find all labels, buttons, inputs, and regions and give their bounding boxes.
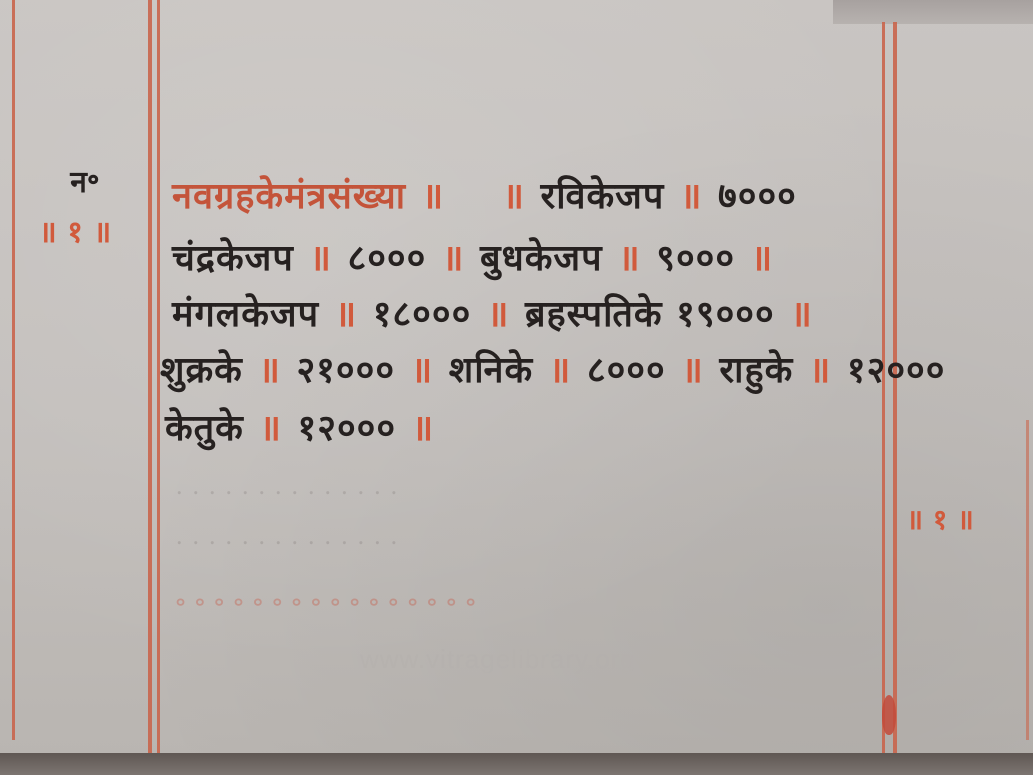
bleed-through-text: ॱ ॱ ॱ ॱ ॱ ॱ ॱ ॱ ॱ ॱ ॱ ॱ ॱ ॱ [175, 530, 398, 566]
paper-edge-top [833, 0, 1033, 24]
entry-count-shukra: २१००० [296, 349, 395, 391]
danda: ॥ [549, 349, 572, 391]
danda: ॥ [680, 175, 703, 217]
entry-label-mangal: मंगलकेजप [172, 293, 319, 335]
entry-label-brihaspati: ब्रहस्पतिके [525, 293, 663, 335]
ink-blot [882, 695, 896, 735]
entry-label-budh: बुधकेजप [480, 237, 603, 279]
entry-label-shani: शनिके [449, 349, 533, 391]
entry-count-brihaspati: १९००० [676, 293, 775, 335]
margin-rule-left-inner-1 [148, 0, 152, 758]
entry-label-ravi: रविकेजप [540, 175, 664, 217]
text-line-5: केतुके ॥ १२००० ॥ [165, 410, 436, 446]
folio-number-text: ॥ १ ॥ [39, 215, 111, 250]
danda: ॥ [335, 293, 358, 335]
library-watermark: www.vitragelibrary.org [360, 644, 636, 675]
danda: ॥ [790, 293, 813, 335]
danda: ॥ [422, 175, 445, 217]
footer-page-number: ॥ १ ॥ [906, 503, 974, 536]
text-line-2: चंद्रकेजप ॥ ८००० ॥ बुधकेजप ॥ ९००० ॥ [172, 240, 775, 276]
danda: ॥ [442, 237, 465, 279]
entry-label-shukra: शुक्रके [160, 349, 243, 391]
entry-count-mangal: १८००० [373, 293, 472, 335]
danda: ॥ [309, 237, 332, 279]
danda: ॥ [502, 175, 525, 217]
entry-label-ketu: केतुके [165, 407, 244, 449]
text-line-3: मंगलकेजप ॥ १८००० ॥ ब्रहस्पतिके १९००० ॥ [172, 296, 815, 332]
danda: ॥ [681, 349, 704, 391]
manuscript-page: न॰ ॥ १ ॥ नवग्रहकेमंत्रसंख्या ॥ ॥ रविकेजप… [0, 0, 1033, 758]
folio-label: न॰ [40, 160, 130, 201]
folio-number: ॥ १ ॥ [20, 210, 130, 251]
danda: ॥ [487, 293, 510, 335]
heading-rubric: नवग्रहकेमंत्रसंख्या [172, 175, 406, 217]
footer-page-marker: ॥ १ ॥ [900, 500, 980, 538]
margin-rule-left-outer [12, 0, 15, 740]
text-line-1: नवग्रहकेमंत्रसंख्या ॥ ॥ रविकेजप ॥ ७००० [172, 178, 797, 214]
danda: ॥ [259, 407, 282, 449]
danda: ॥ [412, 407, 435, 449]
entry-label-chandra: चंद्रकेजप [172, 237, 294, 279]
text-line-4: शुक्रके ॥ २१००० ॥ शनिके ॥ ८००० ॥ राहुके … [160, 352, 946, 388]
entry-count-shani: ८००० [587, 349, 666, 391]
danda: ॥ [809, 349, 832, 391]
bleed-through-rubric: ॰ ॰ ॰ ॰ ॰ ॰ ॰ ॰ ॰ ॰ ॰ ॰ ॰ ॰ ॰ ॰ [175, 585, 476, 621]
danda: ॥ [258, 349, 281, 391]
bleed-through-text: ॱ ॱ ॱ ॱ ॱ ॱ ॱ ॱ ॱ ॱ ॱ ॱ ॱ ॱ [175, 480, 398, 516]
danda: ॥ [411, 349, 434, 391]
entry-label-rahu: राहुके [719, 349, 793, 391]
margin-rule-right-edge [1026, 420, 1029, 740]
paper-edge-bottom [0, 753, 1033, 775]
danda: ॥ [751, 237, 774, 279]
entry-count-chandra: ८००० [347, 237, 426, 279]
danda: ॥ [618, 237, 641, 279]
entry-count-budh: ९००० [656, 237, 735, 279]
entry-count-ketu: १२००० [298, 407, 397, 449]
entry-count-ravi: ७००० [718, 175, 797, 217]
entry-count-rahu: १२००० [847, 349, 946, 391]
